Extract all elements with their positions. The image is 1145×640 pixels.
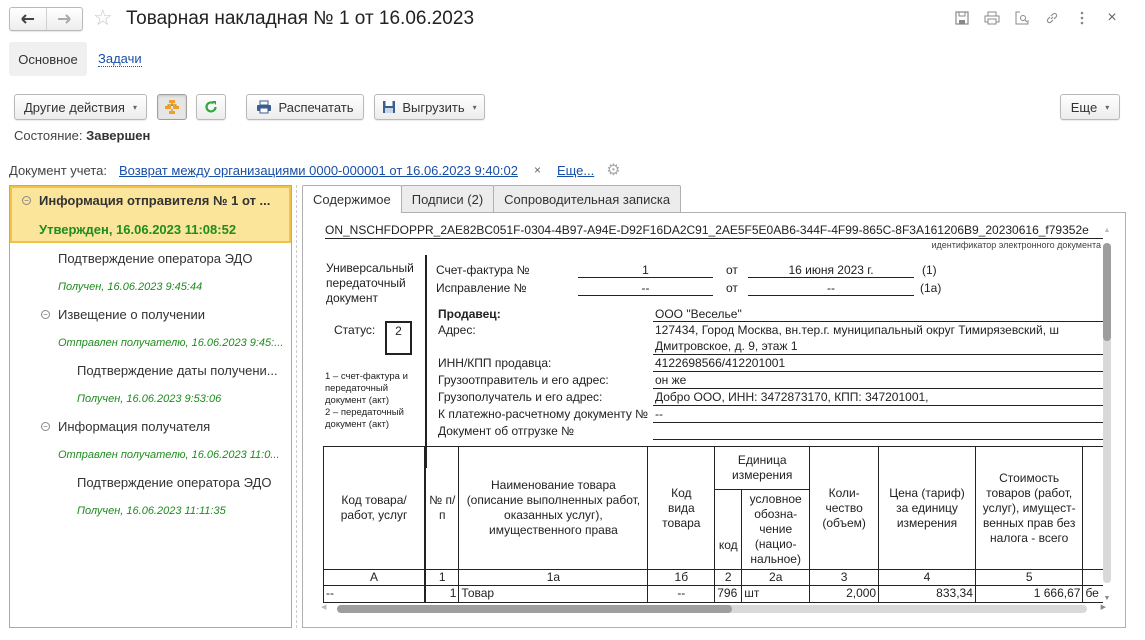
- cell-code: --: [324, 586, 426, 603]
- document-view: Содержимое Подписи (2) Сопроводительная …: [302, 185, 1126, 628]
- tree-item-title[interactable]: Информация отправителя № 1 от ...: [39, 193, 270, 208]
- invoice-date: 16 июня 2023 г.: [748, 263, 914, 278]
- cell-price: 833,34: [879, 586, 976, 603]
- inn-value: 4122698566/412201001: [655, 356, 785, 371]
- collapse-icon[interactable]: −: [41, 422, 50, 431]
- cell-unit-name: шт: [742, 586, 810, 603]
- invoice-code: (1): [922, 263, 937, 278]
- correction-date: --: [748, 281, 914, 296]
- preview-icon[interactable]: [1007, 9, 1037, 27]
- shipper-label: Грузоотправитель и его адрес:: [438, 373, 609, 388]
- tab-content[interactable]: Содержимое: [302, 185, 402, 213]
- header-unit-name: условное обозна- чение (нацио- нальное): [742, 490, 810, 570]
- seller-label: Продавец:: [438, 307, 501, 322]
- payment-doc-label: К платежно-расчетному документу №: [438, 407, 648, 422]
- structure-button[interactable]: [157, 94, 187, 120]
- tree-item-status: Утвержден, 16.06.2023 11:08:52: [39, 222, 236, 237]
- header-price: Цена (тариф) за единицу измерения: [879, 447, 976, 570]
- shipper-value: он же: [655, 373, 686, 388]
- tree-item-title[interactable]: Извещение о получении: [58, 307, 205, 322]
- nav-buttons: [9, 7, 83, 31]
- status-legend: 1 – счет-фактура и передаточный документ…: [325, 371, 425, 431]
- section-tab-tasks[interactable]: Задачи: [98, 51, 142, 67]
- correction-number: --: [578, 281, 713, 296]
- scroll-thumb[interactable]: [337, 605, 732, 613]
- tree-item-status: Получен, 16.06.2023 9:45:44: [58, 281, 202, 293]
- print-label: Распечатать: [278, 100, 353, 115]
- scroll-up-icon[interactable]: ▲: [1102, 227, 1112, 234]
- file-identifier-caption: идентификатор электронного документа: [931, 240, 1101, 250]
- more-label: Еще: [1071, 100, 1097, 115]
- printer-icon: [256, 100, 272, 114]
- col-num: 1б: [648, 570, 715, 586]
- more-button[interactable]: Еще ▾: [1060, 94, 1120, 120]
- close-icon[interactable]: ×: [1097, 9, 1127, 27]
- col-num: 1а: [459, 570, 648, 586]
- address-label: Адрес:: [438, 323, 476, 338]
- table-row[interactable]: -- 1 Товар -- 796 шт 2,000 833,34 1 666,…: [324, 586, 1104, 603]
- cell-name: Товар: [459, 586, 648, 603]
- col-num: [1083, 570, 1103, 586]
- tree-item-status: Получен, 16.06.2023 11:11:35: [77, 505, 226, 517]
- accounting-document-line: Документ учета: Возврат между организаци…: [9, 160, 621, 180]
- col-num: 3: [810, 570, 879, 586]
- scroll-right-icon[interactable]: ▶: [1101, 603, 1106, 611]
- state-label: Состояние:: [14, 128, 82, 143]
- panel-splitter[interactable]: [296, 185, 297, 628]
- save-icon[interactable]: [947, 9, 977, 27]
- correction-label: Исправление №: [436, 281, 526, 296]
- collapse-icon[interactable]: −: [22, 196, 31, 205]
- cell-cost: 1 666,67: [975, 586, 1083, 603]
- more-icon[interactable]: [1067, 9, 1097, 27]
- scroll-thumb[interactable]: [1103, 243, 1111, 341]
- col-num: 5: [975, 570, 1083, 586]
- export-button[interactable]: Выгрузить ▾: [374, 94, 485, 120]
- export-label: Выгрузить: [402, 100, 464, 115]
- state-value: Завершен: [86, 128, 150, 143]
- print-button[interactable]: Распечатать: [246, 94, 364, 120]
- accounting-document-label: Документ учета:: [9, 163, 107, 178]
- arrow-right-icon: [57, 14, 71, 24]
- seller-value: ООО "Веселье": [655, 307, 742, 322]
- cell-qty: 2,000: [810, 586, 879, 603]
- header-qty: Коли- чество (объем): [810, 447, 879, 570]
- inn-label: ИНН/КПП продавца:: [438, 356, 551, 371]
- cell-kind: --: [648, 586, 715, 603]
- divider: [425, 255, 427, 468]
- goods-table: Код товара/ работ, услуг № п/п Наименова…: [323, 446, 1103, 603]
- header-name: Наименование товара (описание выполненны…: [459, 447, 648, 570]
- tree-item-title[interactable]: Подтверждение оператора ЭДО: [58, 251, 252, 266]
- tree-item-title[interactable]: Подтверждение оператора ЭДО: [77, 475, 271, 490]
- col-num: 2а: [742, 570, 810, 586]
- col-num: 4: [879, 570, 976, 586]
- scroll-left-icon[interactable]: ◀: [321, 603, 326, 611]
- print-icon[interactable]: [977, 9, 1007, 27]
- cell-no: 1: [425, 586, 459, 603]
- file-identifier: ON_NSCHFDOPPR_2AE82BC051F-0304-4B97-A94E…: [325, 223, 1103, 239]
- header-unit: Единица измерения: [715, 447, 810, 490]
- other-actions-label: Другие действия: [24, 100, 125, 115]
- invoice-label: Счет-фактура №: [436, 263, 530, 278]
- shipment-doc-label: Документ об отгрузке №: [438, 424, 574, 439]
- upd-document: ON_NSCHFDOPPR_2AE82BC051F-0304-4B97-A94E…: [303, 213, 1103, 603]
- refresh-icon: [204, 100, 218, 114]
- arrow-left-icon: [21, 14, 35, 24]
- more-link[interactable]: Еще...: [557, 163, 594, 178]
- forward-button[interactable]: [47, 8, 83, 30]
- header-no: № п/п: [425, 447, 459, 570]
- address-line-2: Дмитровское, д. 9, этаж 1: [655, 339, 798, 354]
- accounting-document-link[interactable]: Возврат между организациями 0000-000001 …: [119, 163, 518, 178]
- back-button[interactable]: [10, 8, 47, 30]
- invoice-number: 1: [578, 263, 713, 278]
- tab-cover-note[interactable]: Сопроводительная записка: [493, 185, 681, 212]
- title-actions: ×: [947, 9, 1127, 27]
- document-type: Универсальный передаточный документ: [326, 261, 426, 306]
- chevron-down-icon: ▾: [473, 103, 477, 112]
- status-value: 2: [385, 321, 412, 355]
- consignee-label: Грузополучатель и его адрес:: [438, 390, 602, 405]
- collapse-icon[interactable]: −: [41, 310, 50, 319]
- content-tabs: Содержимое Подписи (2) Сопроводительная …: [302, 185, 680, 212]
- refresh-button[interactable]: [196, 94, 226, 120]
- tab-signatures[interactable]: Подписи (2): [401, 185, 494, 212]
- tree-item-status: Получен, 16.06.2023 9:53:06: [77, 393, 221, 405]
- other-actions-button[interactable]: Другие действия ▾: [14, 94, 147, 120]
- from-label: от: [726, 281, 738, 296]
- tree-item-status: Отправлен получателю, 16.06.2023 9:45:..…: [58, 337, 283, 349]
- window-title: Товарная накладная № 1 от 16.06.2023: [126, 8, 474, 30]
- floppy-icon: [382, 100, 396, 114]
- chevron-down-icon: ▾: [133, 103, 137, 112]
- payment-doc-value: --: [655, 407, 663, 422]
- col-num: А: [324, 570, 426, 586]
- header-code: Код товара/ работ, услуг: [324, 447, 426, 570]
- correction-code: (1а): [920, 281, 941, 296]
- consignee-value: Добро ООО, ИНН: 3472873170, КПП: 3472010…: [655, 390, 929, 405]
- state-line: Состояние: Завершен: [14, 128, 150, 143]
- cell-unit-code: 796: [715, 586, 742, 603]
- clear-icon[interactable]: ×: [534, 163, 541, 177]
- document-tree: − Информация отправителя № 1 от ... Утве…: [9, 185, 292, 628]
- tree-item-status: Отправлен получателю, 16.06.2023 11:0...: [58, 449, 280, 461]
- header-unit-code: код: [715, 490, 742, 570]
- status-label: Статус:: [334, 323, 375, 337]
- col-num: 1: [425, 570, 459, 586]
- gear-icon[interactable]: ⚙: [606, 160, 620, 180]
- hierarchy-icon: [164, 99, 180, 115]
- header-cost: Стоимость товаров (работ, услуг), имущес…: [975, 447, 1083, 570]
- cell-next: бе: [1083, 586, 1103, 603]
- header-next: [1083, 447, 1103, 570]
- vertical-scrollbar[interactable]: ▲ ▼: [1102, 227, 1112, 602]
- chevron-down-icon: ▾: [1105, 103, 1109, 112]
- section-tab-main[interactable]: Основное: [9, 42, 87, 76]
- tree-item-title[interactable]: Подтверждение даты получени...: [77, 363, 278, 378]
- col-num: 2: [715, 570, 742, 586]
- tree-item-title[interactable]: Информация получателя: [58, 419, 210, 434]
- link-icon[interactable]: [1037, 9, 1067, 27]
- document-content: ON_NSCHFDOPPR_2AE82BC051F-0304-4B97-A94E…: [302, 212, 1126, 628]
- from-label: от: [726, 263, 738, 278]
- scroll-down-icon[interactable]: ▼: [1102, 595, 1112, 602]
- horizontal-scrollbar[interactable]: ◀ ▶: [321, 604, 1106, 614]
- header-kind: Код вида товара: [648, 447, 715, 570]
- favorite-star-icon[interactable]: ☆: [93, 6, 113, 30]
- address-line-1: 127434, Город Москва, вн.тер.г. муниципа…: [655, 323, 1059, 338]
